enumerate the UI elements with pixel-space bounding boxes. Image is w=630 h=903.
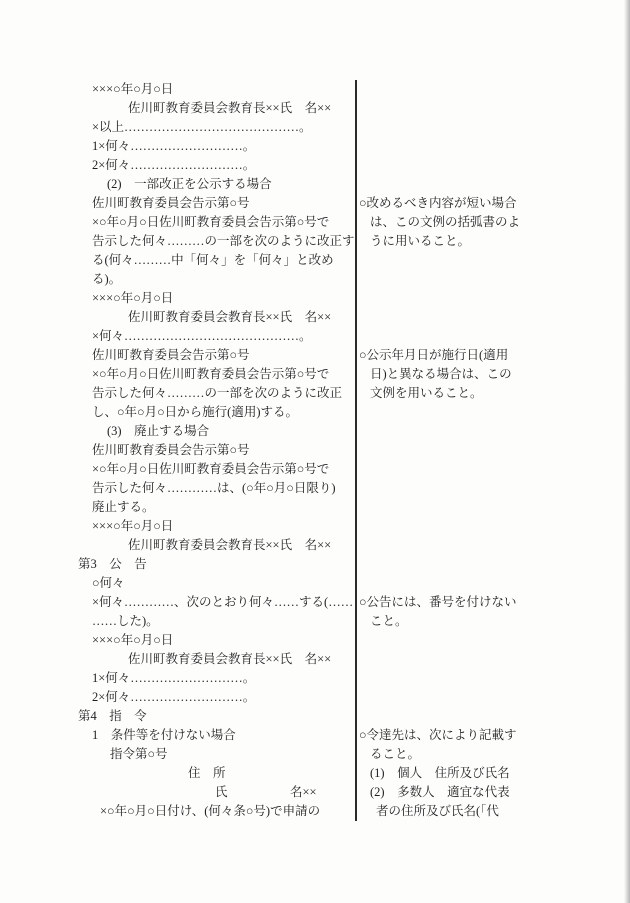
text-line: 佐川町教育委員会教育長××氏 名×× [78, 536, 356, 555]
text-line: 廃止する。 [78, 498, 356, 517]
note-line: うに用いること。 [359, 232, 621, 251]
column-divider [355, 80, 357, 821]
text-line: 1×何々………………………。 [78, 669, 356, 688]
text-line: ×何々…………、次のとおり何々……する(…… [78, 593, 356, 612]
left-column: ×××○年○月○日佐川町教育委員会教育長××氏 名×××以上…………………………… [78, 80, 356, 821]
document-page: ×××○年○月○日佐川町教育委員会教育長××氏 名×××以上…………………………… [0, 0, 630, 903]
text-line: 佐川町教育委員会教育長××氏 名×× [78, 308, 356, 327]
text-line: ……した)。 [78, 612, 356, 631]
text-line: 1×何々………………………。 [78, 137, 356, 156]
text-line: (2) 一部改正を公示する場合 [78, 175, 356, 194]
text-line: る)。 [78, 270, 356, 289]
text-line: ×○年○月○日付け、(何々条○号)で申請の [78, 802, 356, 821]
note-line: 者の住所及び氏名(「代 [359, 802, 621, 821]
text-line: 佐川町教育委員会告示第○号 [78, 194, 356, 213]
text-line: 指令第○号 [78, 745, 356, 764]
text-line: 2×何々………………………。 [78, 688, 356, 707]
text-line: 氏 名×× [78, 783, 356, 802]
margin-note: ○令達先は、次により記載すること。(1) 個人 住所及び氏名(2) 多数人 適宜… [359, 726, 621, 821]
text-line: 住 所 [78, 764, 356, 783]
note-line: ○改めるべき内容が短い場合 [359, 194, 621, 213]
text-line: ×○年○月○日佐川町教育委員会告示第○号で [78, 213, 356, 232]
note-line: 文例を用いること。 [359, 384, 621, 403]
text-line: 第3 公 告 [78, 555, 356, 574]
text-line: ×何々……………………………………。 [78, 327, 356, 346]
note-line: 日)と異なる場合は、この [359, 365, 621, 384]
text-line: 告示した何々…………は、(○年○月○日限り) [78, 479, 356, 498]
text-line: (3) 廃止する場合 [78, 422, 356, 441]
text-line: ×××○年○月○日 [78, 631, 356, 650]
margin-note: ○公告には、番号を付けないこと。 [359, 593, 621, 631]
text-line: ○何々 [78, 574, 356, 593]
text-line: ×××○年○月○日 [78, 289, 356, 308]
text-line: 告示した何々………の一部を次のように改正す [78, 232, 356, 251]
text-line: 佐川町教育委員会告示第○号 [78, 441, 356, 460]
note-line: ○公告には、番号を付けない [359, 593, 621, 612]
margin-note: ○公示年月日が施行日(適用日)と異なる場合は、この文例を用いること。 [359, 346, 621, 403]
note-line: (1) 個人 住所及び氏名 [359, 764, 621, 783]
note-line: (2) 多数人 適宜な代表 [359, 783, 621, 802]
text-line: 2×何々………………………。 [78, 156, 356, 175]
note-line: は、この文例の括弧書のよ [359, 213, 621, 232]
note-line: ること。 [359, 745, 621, 764]
text-line: ×○年○月○日佐川町教育委員会告示第○号で [78, 460, 356, 479]
text-line: し、○年○月○日から施行(適用)する。 [78, 403, 356, 422]
text-line: ×××○年○月○日 [78, 517, 356, 536]
text-line: 告示した何々………の一部を次のように改正 [78, 384, 356, 403]
text-line: 佐川町教育委員会教育長××氏 名×× [78, 99, 356, 118]
text-line: ×以上……………………………………。 [78, 118, 356, 137]
text-line: 1 条件等を付けない場合 [78, 726, 356, 745]
note-line: こと。 [359, 612, 621, 631]
text-line: 第4 指 令 [78, 707, 356, 726]
text-line: ×○年○月○日佐川町教育委員会告示第○号で [78, 365, 356, 384]
text-line: 佐川町教育委員会告示第○号 [78, 346, 356, 365]
text-line: ×××○年○月○日 [78, 80, 356, 99]
note-line: ○公示年月日が施行日(適用 [359, 346, 621, 365]
note-line: ○令達先は、次により記載す [359, 726, 621, 745]
text-line: る(何々………中「何々」を「何々」と改め [78, 251, 356, 270]
text-line: 佐川町教育委員会教育長××氏 名×× [78, 650, 356, 669]
margin-note: ○改めるべき内容が短い場合は、この文例の括弧書のように用いること。 [359, 194, 621, 251]
